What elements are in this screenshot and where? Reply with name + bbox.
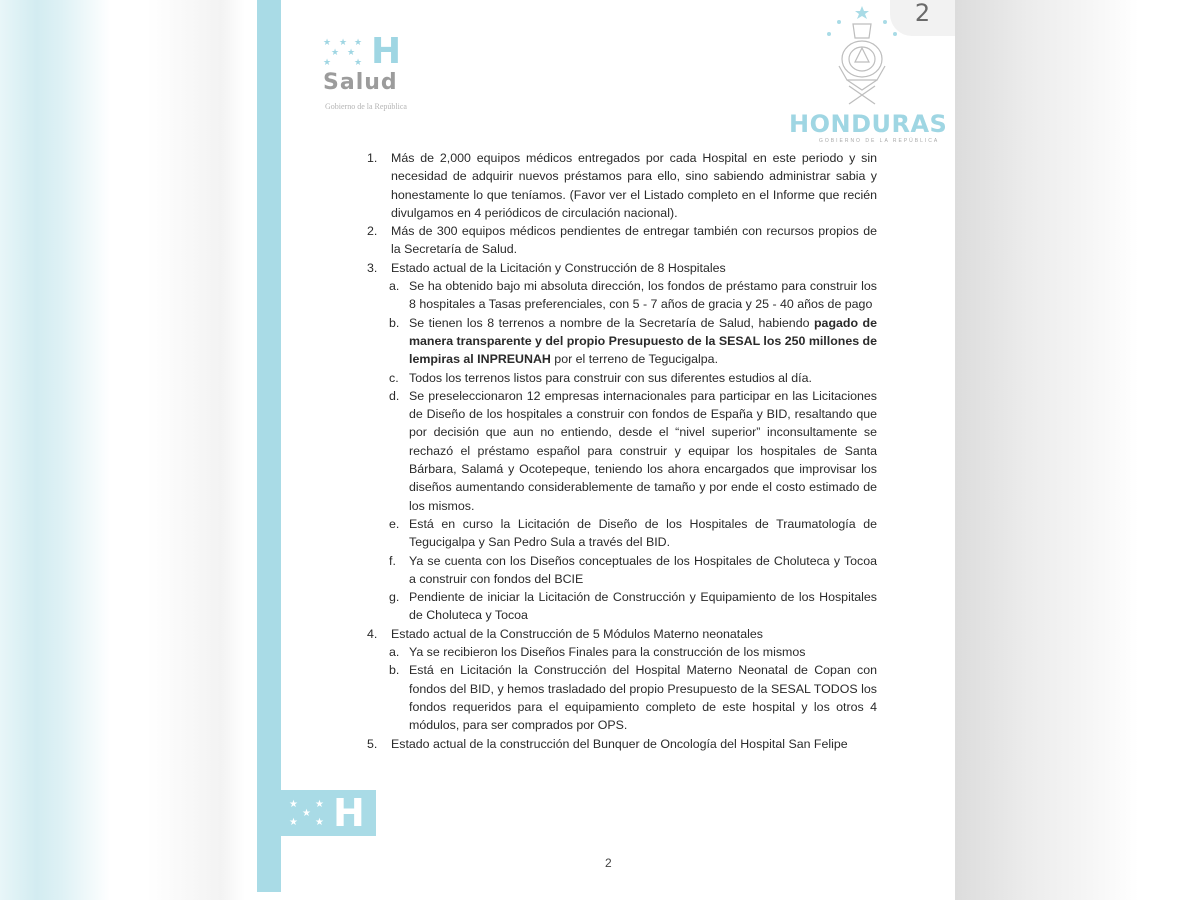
list-item: 4. Estado actual de la Construcción de 5… xyxy=(367,625,877,643)
star-icon: ★ xyxy=(315,818,324,828)
side-accent-band xyxy=(257,0,281,892)
salud-subtitle: Gobierno de la República xyxy=(325,102,407,111)
star-icon: ★ xyxy=(339,38,347,47)
sub-list-item: g. Pendiente de iniciar la Licitación de… xyxy=(389,588,877,625)
document-body: 1. Más de 2,000 equipos médicos entregad… xyxy=(367,149,877,753)
sub-list-item: a. Ya se recibieron los Diseños Finales … xyxy=(389,643,877,661)
sub-list-modulos: a. Ya se recibieron los Diseños Finales … xyxy=(389,643,877,734)
background-right xyxy=(955,0,1200,900)
sub-list-item: e. Está en curso la Licitación de Diseño… xyxy=(389,515,877,552)
sub-list-item: d. Se preseleccionaron 12 empresas inter… xyxy=(389,387,877,515)
sub-list-item: b. Se tienen los 8 terrenos a nombre de … xyxy=(389,314,877,369)
sub-list-item: c. Todos los terrenos listos para constr… xyxy=(389,369,877,387)
document-page: ★ ★ ★ ★ ★ ★ ★ H Salud Gobierno de la Rep… xyxy=(245,0,955,900)
footer-h-mark: H xyxy=(333,792,365,834)
page-number: 2 xyxy=(605,856,612,870)
salud-logo: ★ ★ ★ ★ ★ ★ ★ H Salud Gobierno de la Rep… xyxy=(323,36,463,116)
salud-wordmark: Salud xyxy=(323,70,398,95)
star-icon: ★ xyxy=(289,818,298,828)
star-icon: ★ xyxy=(323,58,331,67)
sub-list-item: b. Está en Licitación la Construcción de… xyxy=(389,661,877,734)
list-item: 3. Estado actual de la Licitación y Cons… xyxy=(367,259,877,277)
star-icon: ★ xyxy=(347,48,355,57)
honduras-subtitle: GOBIERNO DE LA REPÚBLICA xyxy=(819,138,939,144)
star-icon: ★ xyxy=(354,38,362,47)
list-item: 5. Estado actual de la construcción del … xyxy=(367,735,877,753)
sub-list-item: f. Ya se cuenta con los Diseños conceptu… xyxy=(389,552,877,589)
star-icon: ★ xyxy=(354,58,362,67)
sub-list-hospitales: a. Se ha obtenido bajo mi absoluta direc… xyxy=(389,277,877,625)
star-icon: ★ xyxy=(323,38,331,47)
salud-h-mark: H xyxy=(371,34,401,70)
star-icon: ★ xyxy=(331,48,339,57)
star-icon: ★ xyxy=(315,800,324,810)
star-icon: ★ xyxy=(302,809,311,819)
footer-logo: ★ ★ ★ ★ ★ H xyxy=(281,790,376,836)
star-icon: ★ xyxy=(289,800,298,810)
sub-list-item: a. Se ha obtenido bajo mi absoluta direc… xyxy=(389,277,877,314)
background-left xyxy=(0,0,245,900)
list-item: 2. Más de 300 equipos médicos pendientes… xyxy=(367,222,877,259)
page-indicator-badge: 2 xyxy=(890,0,955,36)
honduras-wordmark: HONDURAS xyxy=(789,110,947,138)
list-item: 1. Más de 2,000 equipos médicos entregad… xyxy=(367,149,877,222)
